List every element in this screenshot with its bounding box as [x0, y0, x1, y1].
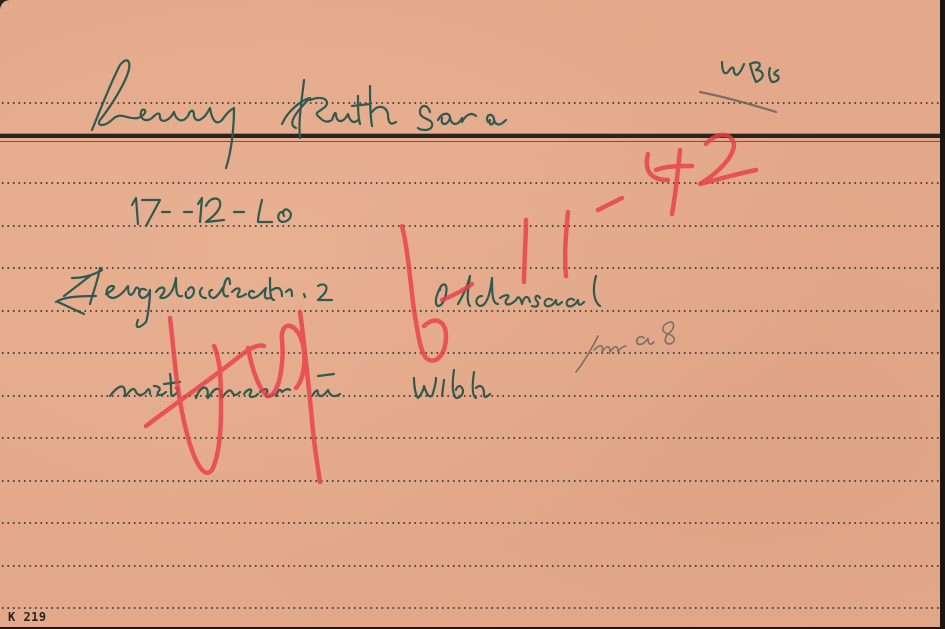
- handwriting-layer: [0, 0, 940, 627]
- handwritten-birth-date: [132, 198, 291, 226]
- pencil-note: [576, 322, 674, 372]
- handwritten-name: [92, 60, 506, 168]
- index-card: Loewy Ruth Sara WBG 17-12-20 Hengelosche…: [0, 0, 940, 627]
- handwritten-address: [56, 268, 600, 327]
- red-annotations: [146, 135, 756, 482]
- pencil-strike: [700, 92, 776, 112]
- handwritten-initials: [722, 62, 779, 82]
- scan-edge-right: [940, 0, 945, 629]
- form-code: K 219: [8, 610, 47, 624]
- red-mark-digit: [524, 220, 526, 282]
